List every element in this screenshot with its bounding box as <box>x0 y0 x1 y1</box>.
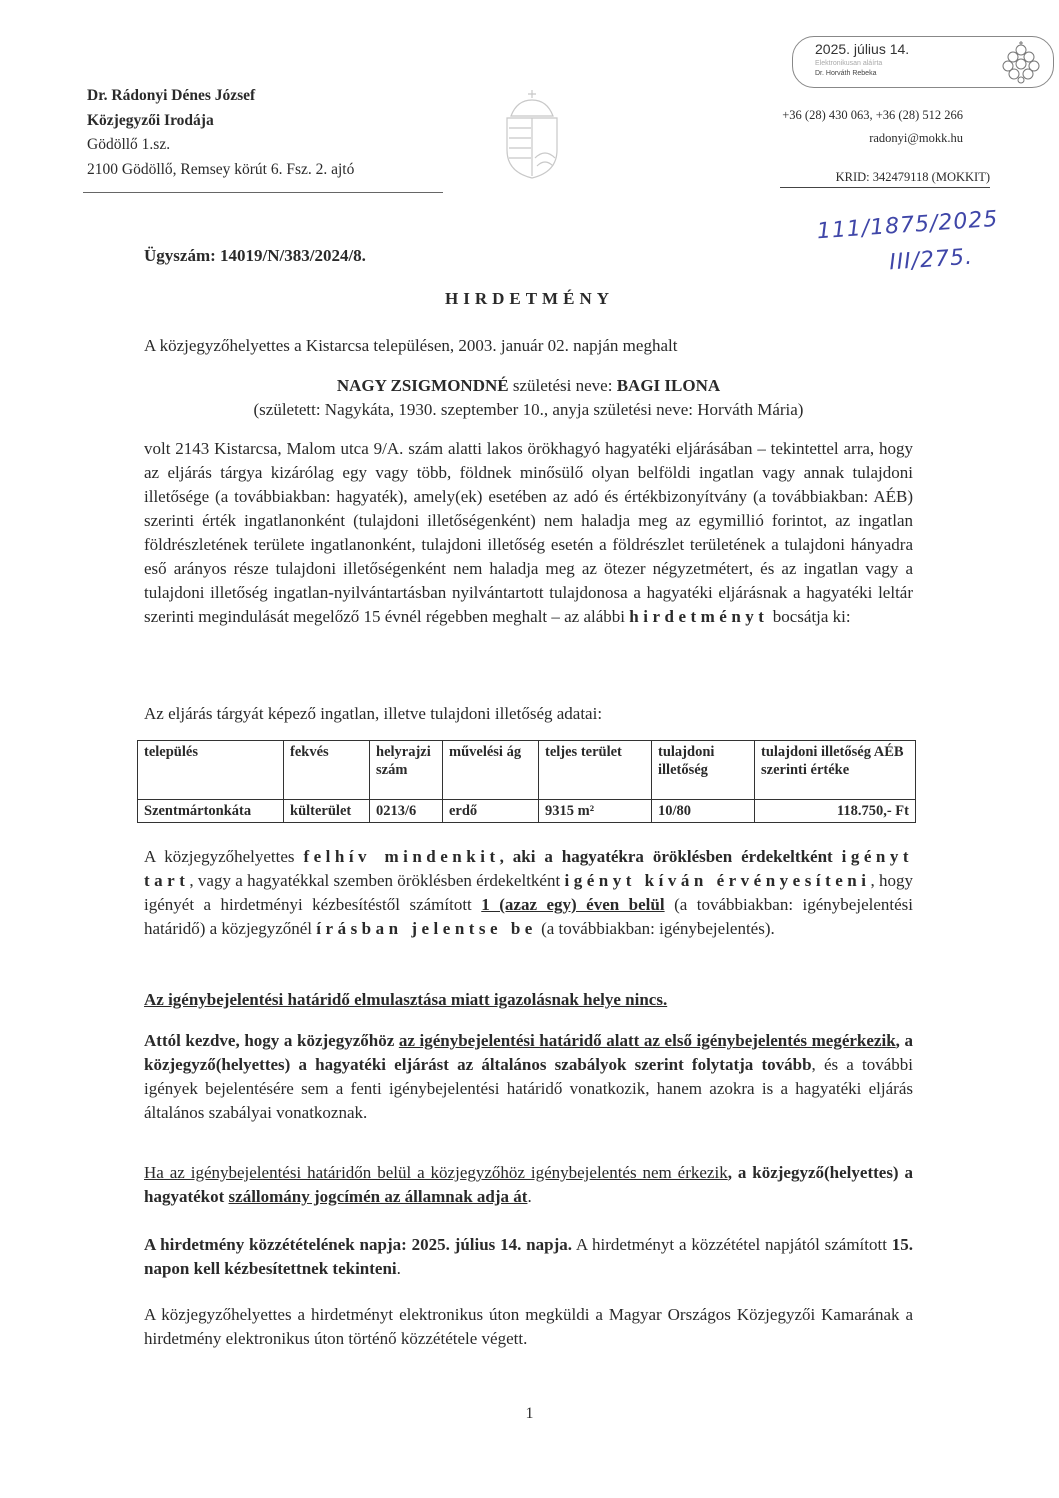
text: . <box>527 1187 531 1206</box>
hirdetmeny-emphasis: hirdetményt <box>629 607 768 626</box>
emphasis-ervenyesiteni: igényt kíván érvényesíteni <box>564 871 870 890</box>
text: Attól kezdve, hogy a közjegyzőhöz <box>144 1031 399 1050</box>
col-teljes-terulet: teljes terület <box>539 741 652 800</box>
office-seat: Gödöllő 1.sz. <box>87 133 354 158</box>
paragraph-call-for-claims: A közjegyzőhelyettes felhív mindenkit, a… <box>144 845 913 941</box>
emphasis-irasban: írásban jelentse be <box>316 919 537 938</box>
text: (a továbbiakban: igénybejelentés). <box>537 919 775 938</box>
seal-icon <box>999 40 1043 84</box>
text: , aki a hagyatékra öröklésben érdekeltké… <box>500 847 842 866</box>
cell-helyrajzi-szam: 0213/6 <box>370 800 443 823</box>
deceased-details: (született: Nagykáta, 1930. szeptember 1… <box>144 398 913 422</box>
office-address: 2100 Gödöllő, Remsey körút 6. Fsz. 2. aj… <box>87 158 354 183</box>
deceased-block: NAGY ZSIGMONDNÉ születési neve: BAGI ILO… <box>144 374 913 422</box>
emphasis-felhiv: felhív mindenkit <box>303 847 499 866</box>
col-fekves: fekvés <box>284 741 370 800</box>
cell-aeb-ertek: 118.750,- Ft <box>755 800 916 823</box>
paragraph-no-claim: Ha az igénybejelentési határidőn belül a… <box>144 1161 913 1209</box>
phone-numbers: +36 (28) 430 063, +36 (28) 512 266 <box>782 104 963 127</box>
case-number: Ügyszám: 14019/N/383/2024/8. <box>144 246 366 266</box>
stamp-subtitle: Elektronikusan aláírta <box>815 60 882 67</box>
col-helyrajzi-szam: helyrajzi szám <box>370 741 443 800</box>
deceased-birth-name: BAGI ILONA <box>617 376 720 395</box>
cell-teljes-terulet: 9315 m² <box>539 800 652 823</box>
table-row: Szentmártonkáta külterület 0213/6 erdő 9… <box>138 800 916 823</box>
electronic-signature-stamp: 2025. július 14. Elektronikusan aláírta … <box>792 36 1054 88</box>
deceased-name: NAGY ZSIGMONDNÉ <box>337 376 509 395</box>
cell-tulajdoni-illetoseg: 10/80 <box>652 800 755 823</box>
underlined-text: szállomány jogcímén az államnak adja át <box>229 1187 528 1206</box>
text: A közjegyzőhelyettes <box>144 847 303 866</box>
stamp-signer: Dr. Horváth Rebeka <box>815 70 876 77</box>
office-type: Közjegyzői Irodája <box>87 109 354 134</box>
deadline-one-year: 1 (azaz egy) éven belül <box>481 895 664 914</box>
paragraph-no-excuse: Az igénybejelentési határidő elmulasztás… <box>144 988 913 1012</box>
paragraph-publication-date: A hirdetmény közzétételének napja: 2025.… <box>144 1233 913 1281</box>
text: . <box>397 1259 401 1278</box>
email: radonyi@mokk.hu <box>782 127 963 150</box>
col-tulajdoni-illetoseg: tulajdoni illetőség <box>652 741 755 800</box>
paragraph-text: volt 2143 Kistarcsa, Malom utca 9/A. szá… <box>144 439 913 626</box>
col-muvelesi-ag: művelési ág <box>443 741 539 800</box>
cell-muvelesi-ag: erdő <box>443 800 539 823</box>
underlined-text: Ha az igénybejelentési határidőn belül a… <box>144 1163 728 1182</box>
paragraph-tail: bocsátja ki: <box>768 607 850 626</box>
text: A hirdetményt a közzététel napjától szám… <box>572 1235 892 1254</box>
paragraph-first-claim: Attól kezdve, hogy a közjegyzőhöz az igé… <box>144 1029 913 1125</box>
underlined-text: az igénybejelentési határidő alatt az el… <box>399 1031 896 1050</box>
notary-office-header: Dr. Rádonyi Dénes József Közjegyzői Irod… <box>87 84 354 182</box>
publication-date: A hirdetmény közzétételének napja: 2025.… <box>144 1235 572 1254</box>
header-divider <box>83 192 443 193</box>
contact-info: +36 (28) 430 063, +36 (28) 512 266 radon… <box>782 104 963 150</box>
cell-telepules: Szentmártonkáta <box>138 800 284 823</box>
table-header-row: település fekvés helyrajzi szám művelési… <box>138 741 916 800</box>
paragraph-estate-conditions: volt 2143 Kistarcsa, Malom utca 9/A. szá… <box>144 437 913 629</box>
office-name: Dr. Rádonyi Dénes József <box>87 84 354 109</box>
text: , vagy a hagyatékkal szemben öröklésben … <box>189 871 564 890</box>
document-title: HIRDETMÉNY <box>0 289 1059 309</box>
col-telepules: település <box>138 741 284 800</box>
coat-of-arms-icon <box>497 88 567 180</box>
intro-text: A közjegyzőhelyettes a Kistarcsa települ… <box>144 334 913 358</box>
stamp-date: 2025. július 14. <box>815 41 909 57</box>
birth-name-label: születési neve: <box>509 376 617 395</box>
krid-id: KRID: 342479118 (MOKKIT) <box>780 170 990 188</box>
table-intro: Az eljárás tárgyát képező ingatlan, ille… <box>144 702 913 726</box>
cell-fekves: külterület <box>284 800 370 823</box>
paragraph-electronic-publication: A közjegyzőhelyettes a hirdetményt elekt… <box>144 1303 913 1351</box>
handwritten-registration-number: 111/1875/2025 III/275. <box>816 202 1002 287</box>
col-aeb-ertek: tulajdoni illetőség AÉB szerinti értéke <box>755 741 916 800</box>
page-number: 1 <box>0 1405 1059 1423</box>
property-table: település fekvés helyrajzi szám művelési… <box>137 740 916 823</box>
